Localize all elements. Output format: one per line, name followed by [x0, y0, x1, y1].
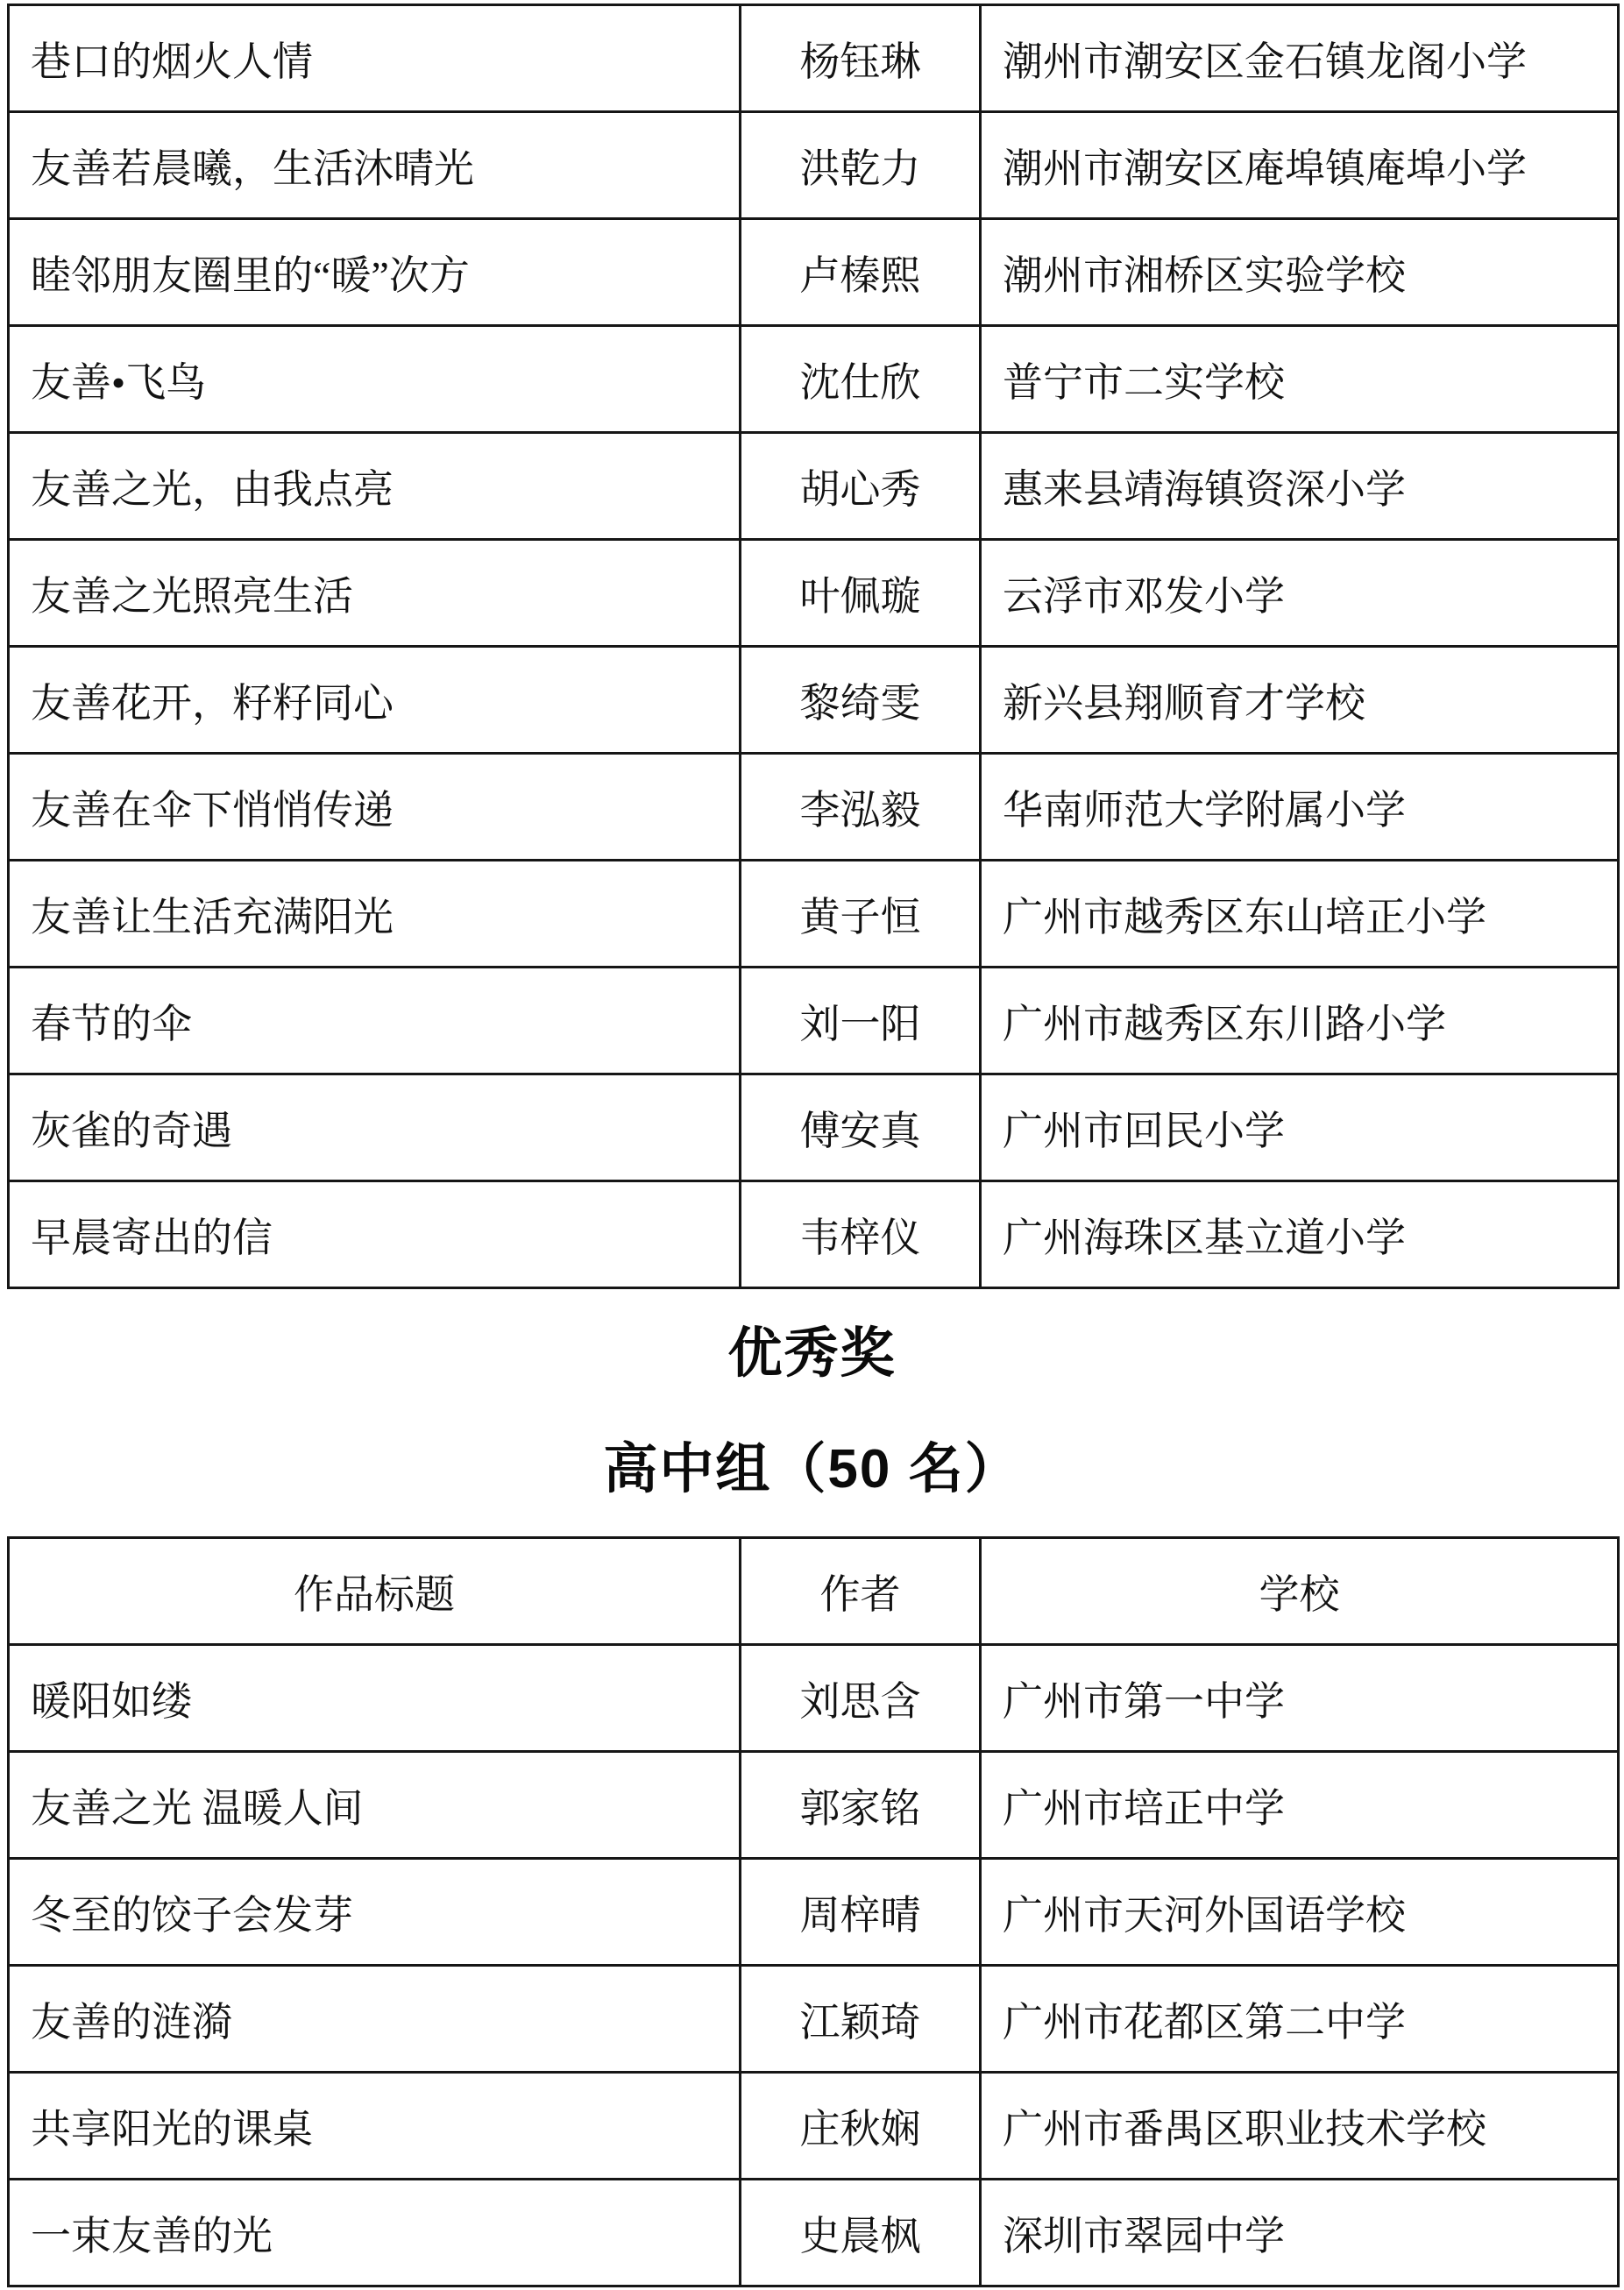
school-name: 广州市花都区第二中学 — [981, 1966, 1619, 2073]
school-name: 华南师范大学附属小学 — [981, 754, 1619, 861]
column-header-title: 作品标题 — [9, 1538, 741, 1645]
table-row: 灰雀的奇遇 傅安真 广州市回民小学 — [9, 1074, 1619, 1181]
primary-group-award-table: 巷口的烟火人情 杨钰琳 潮州市潮安区金石镇龙阁小学 友善若晨曦，生活沐晴光 洪乾… — [7, 4, 1620, 1289]
school-name: 潮州市潮安区金石镇龙阁小学 — [981, 5, 1619, 112]
school-name: 潮州市潮安区庵埠镇庵埠小学 — [981, 112, 1619, 219]
table-row: 巷口的烟火人情 杨钰琳 潮州市潮安区金石镇龙阁小学 — [9, 5, 1619, 112]
work-title: 友善之光 温暖人间 — [9, 1752, 741, 1859]
work-title: 友善若晨曦，生活沐晴光 — [9, 112, 741, 219]
table-row: 友善若晨曦，生活沐晴光 洪乾力 潮州市潮安区庵埠镇庵埠小学 — [9, 112, 1619, 219]
table-row: 友善•飞鸟 沈仕欣 普宁市二实学校 — [9, 326, 1619, 433]
award-level-heading: 优秀奖 — [7, 1312, 1617, 1396]
work-title: 冬至的饺子会发芽 — [9, 1859, 741, 1966]
work-title: 友善在伞下悄悄传递 — [9, 754, 741, 861]
school-name: 广州市越秀区东川路小学 — [981, 968, 1619, 1074]
work-title: 睦邻朋友圈里的“暖”次方 — [9, 219, 741, 326]
school-name: 广州市越秀区东山培正小学 — [981, 861, 1619, 968]
school-name: 广州市第一中学 — [981, 1645, 1619, 1752]
table-header-row: 作品标题 作者 学校 — [9, 1538, 1619, 1645]
table-row: 友善之光照亮生活 叶佩璇 云浮市邓发小学 — [9, 540, 1619, 647]
school-name: 普宁市二实学校 — [981, 326, 1619, 433]
author-name: 叶佩璇 — [741, 540, 981, 647]
table-row: 共享阳光的课桌 庄秋娴 广州市番禺区职业技术学校 — [9, 2073, 1619, 2180]
table-row: 一束友善的光 史晨枫 深圳市翠园中学 — [9, 2180, 1619, 2286]
table-row: 早晨寄出的信 韦梓仪 广州海珠区基立道小学 — [9, 1181, 1619, 1288]
school-name: 广州市天河外国语学校 — [981, 1859, 1619, 1966]
school-name: 广州海珠区基立道小学 — [981, 1181, 1619, 1288]
author-name: 庄秋娴 — [741, 2073, 981, 2180]
table-row: 友善之光 温暖人间 郭家铭 广州市培正中学 — [9, 1752, 1619, 1859]
school-name: 新兴县翔顺育才学校 — [981, 647, 1619, 754]
table-row: 暖阳如缕 刘思含 广州市第一中学 — [9, 1645, 1619, 1752]
school-name: 潮州市湘桥区实验学校 — [981, 219, 1619, 326]
school-name: 惠来县靖海镇资深小学 — [981, 433, 1619, 540]
work-title: 暖阳如缕 — [9, 1645, 741, 1752]
work-title: 友善让生活充满阳光 — [9, 861, 741, 968]
author-name: 周梓晴 — [741, 1859, 981, 1966]
group-heading: 高中组（50 名） — [7, 1428, 1617, 1512]
school-name: 广州市回民小学 — [981, 1074, 1619, 1181]
work-title: 友善花开，籽籽同心 — [9, 647, 741, 754]
author-name: 刘一阳 — [741, 968, 981, 1074]
author-name: 杨钰琳 — [741, 5, 981, 112]
author-name: 黎绮雯 — [741, 647, 981, 754]
award-list-page: 巷口的烟火人情 杨钰琳 潮州市潮安区金石镇龙阁小学 友善若晨曦，生活沐晴光 洪乾… — [0, 0, 1624, 2287]
table-row: 春节的伞 刘一阳 广州市越秀区东川路小学 — [9, 968, 1619, 1074]
work-title: 早晨寄出的信 — [9, 1181, 741, 1288]
author-name: 刘思含 — [741, 1645, 981, 1752]
author-name: 洪乾力 — [741, 112, 981, 219]
school-name: 广州市培正中学 — [981, 1752, 1619, 1859]
work-title: 友善的涟漪 — [9, 1966, 741, 2073]
work-title: 友善•飞鸟 — [9, 326, 741, 433]
author-name: 郭家铭 — [741, 1752, 981, 1859]
author-name: 李泓毅 — [741, 754, 981, 861]
table-row: 睦邻朋友圈里的“暖”次方 卢榛熙 潮州市湘桥区实验学校 — [9, 219, 1619, 326]
column-header-school: 学校 — [981, 1538, 1619, 1645]
school-name: 深圳市翠园中学 — [981, 2180, 1619, 2286]
work-title: 友善之光照亮生活 — [9, 540, 741, 647]
work-title: 春节的伞 — [9, 968, 741, 1074]
table-row: 友善之光，由我点亮 胡心秀 惠来县靖海镇资深小学 — [9, 433, 1619, 540]
school-name: 广州市番禺区职业技术学校 — [981, 2073, 1619, 2180]
work-title: 共享阳光的课桌 — [9, 2073, 741, 2180]
work-title: 一束友善的光 — [9, 2180, 741, 2286]
work-title: 友善之光，由我点亮 — [9, 433, 741, 540]
author-name: 黄子恒 — [741, 861, 981, 968]
table-row: 友善的涟漪 江颖琦 广州市花都区第二中学 — [9, 1966, 1619, 2073]
work-title: 灰雀的奇遇 — [9, 1074, 741, 1181]
school-name: 云浮市邓发小学 — [981, 540, 1619, 647]
author-name: 卢榛熙 — [741, 219, 981, 326]
author-name: 史晨枫 — [741, 2180, 981, 2286]
author-name: 韦梓仪 — [741, 1181, 981, 1288]
work-title: 巷口的烟火人情 — [9, 5, 741, 112]
author-name: 胡心秀 — [741, 433, 981, 540]
table-row: 冬至的饺子会发芽 周梓晴 广州市天河外国语学校 — [9, 1859, 1619, 1966]
table-row: 友善花开，籽籽同心 黎绮雯 新兴县翔顺育才学校 — [9, 647, 1619, 754]
author-name: 傅安真 — [741, 1074, 981, 1181]
author-name: 沈仕欣 — [741, 326, 981, 433]
high-school-group-award-table: 作品标题 作者 学校 暖阳如缕 刘思含 广州市第一中学 友善之光 温暖人间 郭家… — [7, 1536, 1620, 2287]
table-row: 友善让生活充满阳光 黄子恒 广州市越秀区东山培正小学 — [9, 861, 1619, 968]
author-name: 江颖琦 — [741, 1966, 981, 2073]
column-header-author: 作者 — [741, 1538, 981, 1645]
table-row: 友善在伞下悄悄传递 李泓毅 华南师范大学附属小学 — [9, 754, 1619, 861]
